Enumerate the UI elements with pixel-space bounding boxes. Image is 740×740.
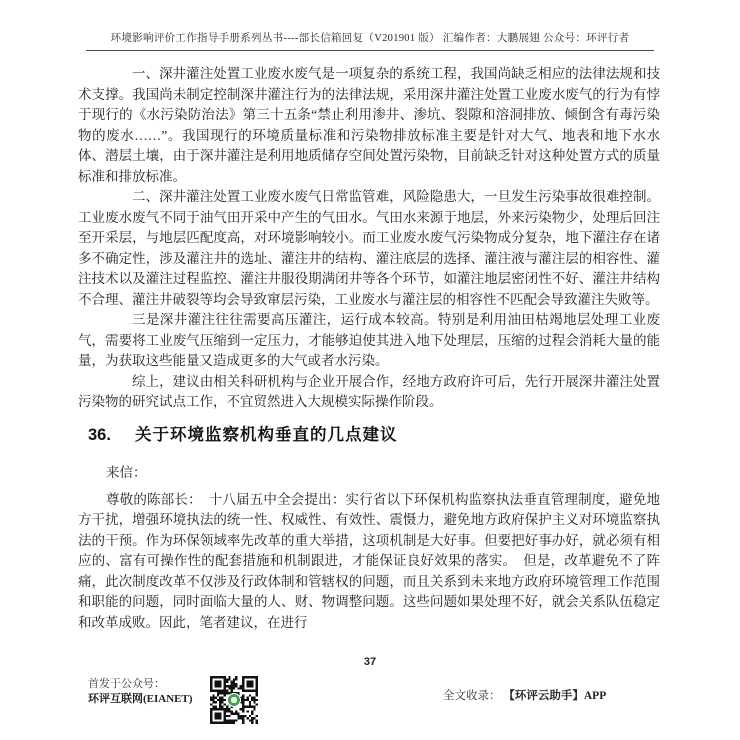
footer-collection-prefix: 全文收录： bbox=[443, 690, 501, 702]
paragraph-conclusion: 综上，建议由相关科研机构与企业开展合作，经地方政府许可后，先行开展深井灌注处置污… bbox=[78, 372, 660, 413]
paragraph-letter: 尊敬的陈部长： 十八届五中全会提出：实行省以下环保机构监察执法垂直管理制度，避免… bbox=[78, 490, 660, 634]
paragraph-deep-well-2: 二、深井灌注处置工业废水废气日常监管难，风险隐患大，一旦发生污染事故很难控制。工… bbox=[78, 187, 660, 310]
document-body: 一、深井灌注处置工业废水废气是一项复杂的系统工程，我国尚缺乏相应的法律法规和技术… bbox=[78, 64, 660, 633]
footer-collection-app: 【环评云助手】APP bbox=[503, 690, 606, 702]
footer-publisher: 首发于公众号： 环评互联网(EIANET) bbox=[88, 677, 193, 707]
page-number: 37 bbox=[0, 656, 740, 668]
paragraph-deep-well-1: 一、深井灌注处置工业废水废气是一项复杂的系统工程，我国尚缺乏相应的法律法规和技术… bbox=[78, 64, 660, 187]
paragraph-deep-well-3: 三是深井灌注往往需要高压灌注，运行成本较高。特别是利用油田枯竭地层处理工业废气，… bbox=[78, 310, 660, 372]
section-title: 关于环境监察机构垂直的几点建议 bbox=[135, 425, 398, 446]
letter-label: 来信： bbox=[78, 463, 660, 484]
qr-code-icon bbox=[210, 676, 258, 724]
page-header: 环境影响评价工作指导手册系列丛书----部长信箱回复（V201901 版） 汇编… bbox=[86, 30, 654, 51]
section-heading: 36. 关于环境监察机构垂直的几点建议 bbox=[88, 425, 660, 446]
section-number: 36. bbox=[88, 425, 111, 446]
footer-publisher-line1: 首发于公众号： bbox=[88, 677, 193, 692]
page-header-text: 环境影响评价工作指导手册系列丛书----部长信箱回复（V201901 版） 汇编… bbox=[111, 33, 630, 44]
footer-publisher-line2: 环评互联网(EIANET) bbox=[88, 692, 193, 707]
footer-collection: 全文收录： 【环评云助手】APP bbox=[443, 687, 606, 703]
